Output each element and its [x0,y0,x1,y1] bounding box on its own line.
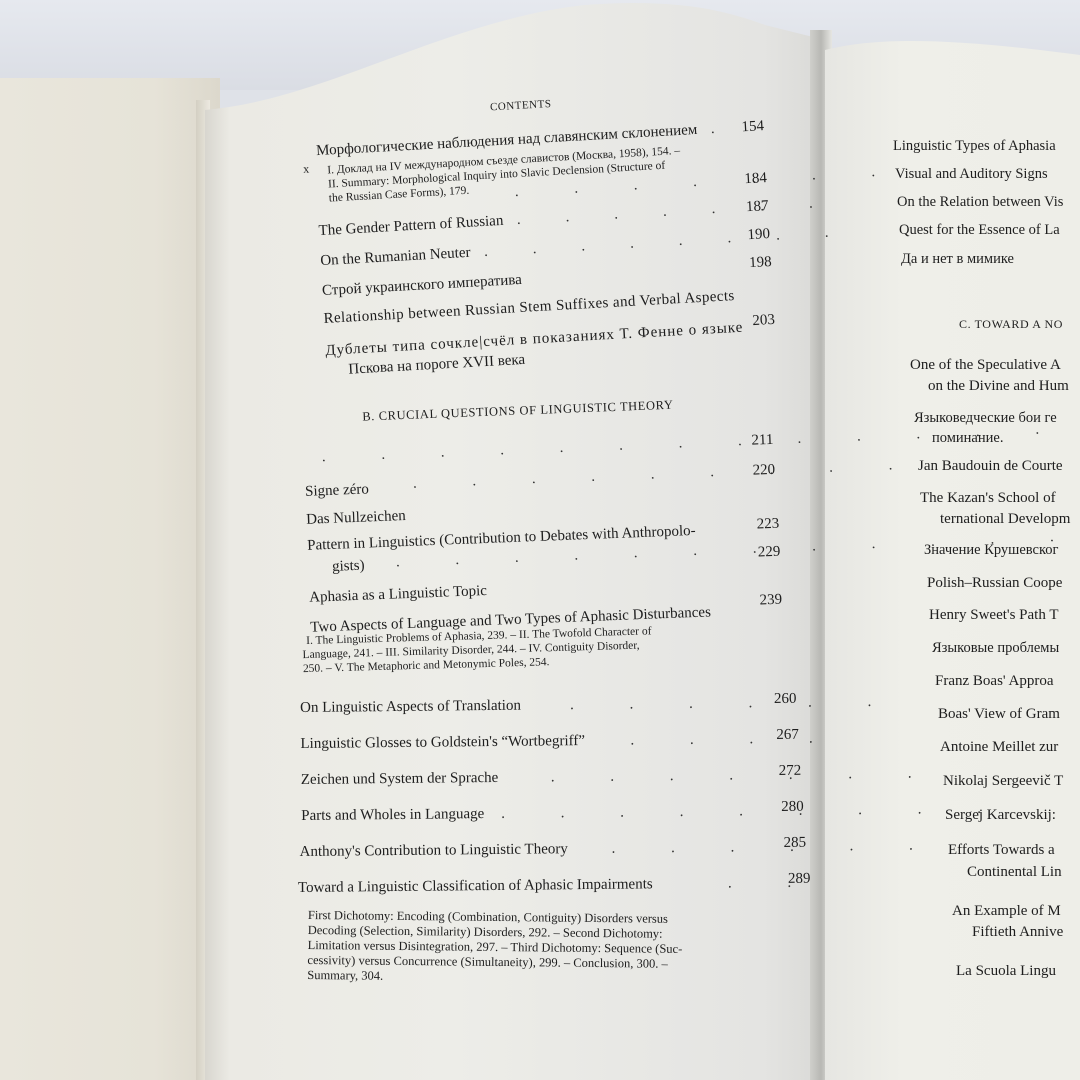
toc-entry-continuation: ternational Developm [940,511,1070,528]
toc-entry: Franz Boas' Approa [935,673,1054,690]
toc-entry: Quest for the Essence of La [899,222,1060,239]
toc-entry-continuation: Continental Lin [967,864,1062,881]
toc-entry-continuation: Fiftieth Annive [972,924,1063,941]
toc-entry: On the Relation between Vis [897,194,1063,211]
toc-entry: Linguistic Types of Aphasia [893,138,1056,155]
toc-entry: The Kazan's School of [920,490,1056,507]
toc-entry-continuation: поминание. [932,430,1003,447]
toc-entry: Efforts Towards a [948,842,1055,859]
toc-entry: Polish–Russian Coope [927,575,1062,592]
toc-entry-continuation: on the Divine and Hum [928,378,1069,395]
toc-entry: Henry Sweet's Path T [929,607,1059,624]
section-heading: C. TOWARD A NO [959,317,1063,332]
toc-entry: An Example of M [952,903,1061,920]
toc-entry: Antoine Meillet zur [940,739,1058,756]
toc-entry: Jan Baudouin de Courte [918,458,1063,475]
toc-entry: Visual and Auditory Signs [895,166,1048,183]
toc-entry: Да и нет в мимике [901,251,1014,268]
toc-entry: Sergej Karcevskij: [945,807,1056,824]
toc-entry: Языковедческие бои ге [914,410,1057,427]
right-page-content: Linguistic Types of Aphasia Visual and A… [0,0,1080,1080]
toc-entry: Boas' View of Gram [938,706,1060,723]
toc-entry: Языковые проблемы [932,640,1059,657]
toc-entry: One of the Speculative A [910,357,1061,374]
toc-entry: Nikolaj Sergeevič T [943,773,1063,790]
toc-entry: La Scuola Lingu [956,963,1056,980]
toc-entry: Значение Крушевског [924,542,1058,559]
